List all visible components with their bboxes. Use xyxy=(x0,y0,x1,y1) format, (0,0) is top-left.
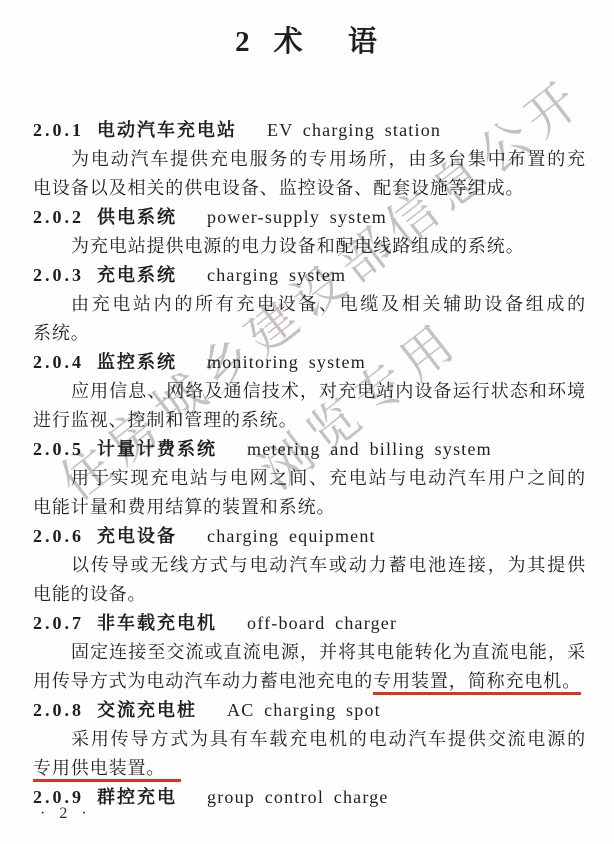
term-chinese: 充电设备 xyxy=(97,526,177,546)
chapter-title: 2术 语 xyxy=(0,0,614,60)
term-definition: 应用信息、网络及通信技术，对充电站内设备运行状态和环境 进行监视、控制和管理的系… xyxy=(33,377,586,435)
term-definition: 采用传导方式为具有车载充电机的电动汽车提供交流电源的 专用供电装置。 xyxy=(33,725,586,783)
definition-line: 应用信息、网络及通信技术，对充电站内设备运行状态和环境 xyxy=(33,377,586,406)
chapter-title-text: 术 语 xyxy=(274,26,379,58)
definition-line: 电能计量和费用结算的装置和系统。 xyxy=(33,493,586,522)
section-2-0-8: 2.0.8交流充电桩AC charging spot 采用传导方式为具有车载充电… xyxy=(33,696,586,783)
term-chinese: 电动汽车充电站 xyxy=(97,120,237,140)
term-number: 2.0.4 xyxy=(33,352,84,372)
red-underlined-text: 专用装置，简称充电机。 xyxy=(373,671,581,695)
term-english: EV charging station xyxy=(267,120,441,140)
term-number: 2.0.6 xyxy=(33,526,84,546)
section-2-0-9: 2.0.9群控充电group control charge xyxy=(33,783,586,812)
section-2-0-5: 2.0.5计量计费系统metering and billing system 用… xyxy=(33,435,586,522)
term-heading: 2.0.2供电系统power-supply system xyxy=(33,203,586,232)
term-heading: 2.0.8交流充电桩AC charging spot xyxy=(33,696,586,725)
term-chinese: 交流充电桩 xyxy=(97,700,197,720)
term-english: AC charging spot xyxy=(227,700,381,720)
term-english: off-board charger xyxy=(247,613,397,633)
term-chinese: 充电系统 xyxy=(97,265,177,285)
term-number: 2.0.5 xyxy=(33,439,84,459)
terminology-content: 2.0.1电动汽车充电站EV charging station 为电动汽车提供充… xyxy=(0,116,614,812)
term-heading: 2.0.3充电系统charging system xyxy=(33,261,586,290)
term-definition: 为电动汽车提供充电服务的专用场所，由多台集中布置的充 电设备以及相关的供电设备、… xyxy=(33,145,586,203)
definition-line: 为充电站提供电源的电力设备和配电线路组成的系统。 xyxy=(33,232,586,261)
term-english: power-supply system xyxy=(207,207,387,227)
document-page: 住房城乡建设部信息公开 浏览专用 2术 语 2.0.1电动汽车充电站EV cha… xyxy=(0,0,614,844)
term-definition: 以传导或无线方式与电动汽车或动力蓄电池连接，为其提供 电能的设备。 xyxy=(33,551,586,609)
definition-line: 以传导或无线方式与电动汽车或动力蓄电池连接，为其提供 xyxy=(33,551,586,580)
section-2-0-6: 2.0.6充电设备charging equipment 以传导或无线方式与电动汽… xyxy=(33,522,586,609)
term-heading: 2.0.9群控充电group control charge xyxy=(33,783,586,812)
term-definition: 为充电站提供电源的电力设备和配电线路组成的系统。 xyxy=(33,232,586,261)
term-english: metering and billing system xyxy=(247,439,492,459)
definition-line: 进行监视、控制和管理的系统。 xyxy=(33,406,586,435)
definition-line: 专用供电装置。 xyxy=(33,754,586,783)
term-number: 2.0.1 xyxy=(33,120,84,140)
term-chinese: 非车载充电机 xyxy=(97,613,217,633)
term-definition: 固定连接至交流或直流电源，并将其电能转化为直流电能，采 用传导方式为电动汽车动力… xyxy=(33,638,586,696)
term-heading: 2.0.6充电设备charging equipment xyxy=(33,522,586,551)
term-chinese: 监控系统 xyxy=(97,352,177,372)
term-definition: 由充电站内的所有充电设备、电缆及相关辅助设备组成的 系统。 xyxy=(33,290,586,348)
page-number: · 2 · xyxy=(40,805,92,823)
section-2-0-3: 2.0.3充电系统charging system 由充电站内的所有充电设备、电缆… xyxy=(33,261,586,348)
term-number: 2.0.8 xyxy=(33,700,84,720)
definition-line: 用于实现充电站与电网之间、充电站与电动汽车用户之间的 xyxy=(33,464,586,493)
section-2-0-4: 2.0.4监控系统monitoring system 应用信息、网络及通信技术，… xyxy=(33,348,586,435)
section-2-0-1: 2.0.1电动汽车充电站EV charging station 为电动汽车提供充… xyxy=(33,116,586,203)
definition-line: 电能的设备。 xyxy=(33,580,586,609)
term-english: group control charge xyxy=(207,787,389,807)
term-english: monitoring system xyxy=(207,352,366,372)
definition-line: 电设备以及相关的供电设备、监控设备、配套设施等组成。 xyxy=(33,174,586,203)
term-english: charging system xyxy=(207,265,346,285)
term-number: 2.0.7 xyxy=(33,613,84,633)
section-2-0-7: 2.0.7非车载充电机off-board charger 固定连接至交流或直流电… xyxy=(33,609,586,696)
definition-line: 采用传导方式为具有车载充电机的电动汽车提供交流电源的 xyxy=(33,725,586,754)
term-english: charging equipment xyxy=(207,526,376,546)
definition-line: 为电动汽车提供充电服务的专用场所，由多台集中布置的充 xyxy=(33,145,586,174)
term-chinese: 计量计费系统 xyxy=(97,439,217,459)
section-2-0-2: 2.0.2供电系统power-supply system 为充电站提供电源的电力… xyxy=(33,203,586,261)
term-heading: 2.0.1电动汽车充电站EV charging station xyxy=(33,116,586,145)
definition-line: 固定连接至交流或直流电源，并将其电能转化为直流电能，采 xyxy=(33,638,586,667)
term-chinese: 供电系统 xyxy=(97,207,177,227)
definition-text: 用传导方式为电动汽车动力蓄电池充电的 xyxy=(33,671,373,691)
red-underlined-text: 专用供电装置。 xyxy=(33,758,181,782)
term-definition: 用于实现充电站与电网之间、充电站与电动汽车用户之间的 电能计量和费用结算的装置和… xyxy=(33,464,586,522)
term-number: 2.0.3 xyxy=(33,265,84,285)
term-heading: 2.0.7非车载充电机off-board charger xyxy=(33,609,586,638)
definition-line: 系统。 xyxy=(33,319,586,348)
term-number: 2.0.2 xyxy=(33,207,84,227)
term-heading: 2.0.4监控系统monitoring system xyxy=(33,348,586,377)
definition-line: 用传导方式为电动汽车动力蓄电池充电的专用装置，简称充电机。 xyxy=(33,667,586,696)
term-chinese: 群控充电 xyxy=(97,787,177,807)
definition-line: 由充电站内的所有充电设备、电缆及相关辅助设备组成的 xyxy=(33,290,586,319)
term-heading: 2.0.5计量计费系统metering and billing system xyxy=(33,435,586,464)
chapter-number: 2 xyxy=(235,26,250,58)
term-number: 2.0.9 xyxy=(33,787,84,807)
